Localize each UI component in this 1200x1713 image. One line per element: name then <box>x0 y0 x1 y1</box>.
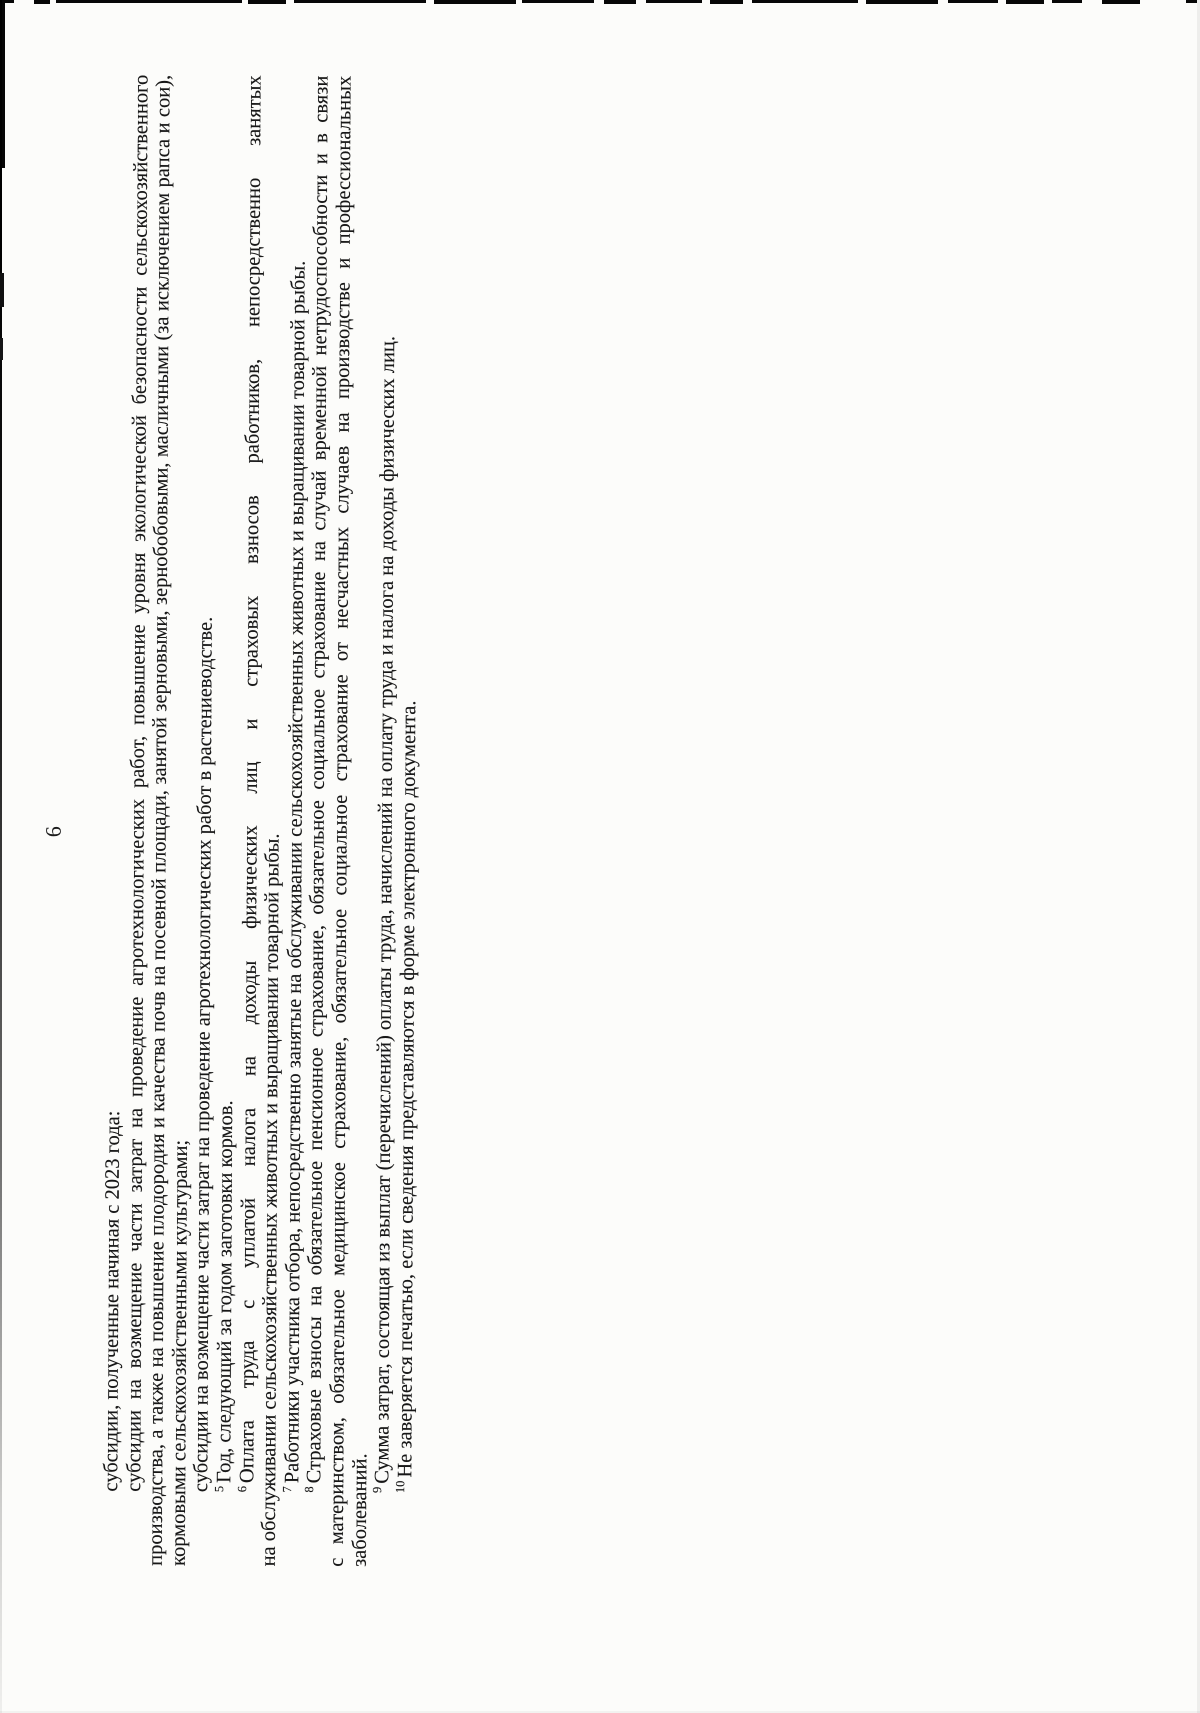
scanned-document-page: 6 субсидии, полученные начиная с 2023 го… <box>0 0 1200 1713</box>
footnote-marker: 8 <box>303 1486 317 1492</box>
scan-artifact-dash <box>604 0 636 4</box>
scan-artifact-dash <box>1006 0 1044 4</box>
scan-artifact-left-blip <box>0 338 3 360</box>
scan-artifact-dash <box>710 0 743 4</box>
scan-artifact-dash <box>646 0 702 3</box>
scan-artifact-dash <box>294 0 426 3</box>
page-number: 6 <box>41 826 67 837</box>
footnote-marker: 7 <box>280 1486 294 1492</box>
footnote-marker: 9 <box>370 1487 384 1493</box>
scan-artifact-dash <box>248 0 286 4</box>
scan-artifact-dash <box>434 0 516 4</box>
footnote-marker: 5 <box>212 1486 226 1492</box>
scan-artifact-dash <box>752 0 858 3</box>
scan-artifact-dash <box>1102 0 1140 4</box>
scan-artifact-dash <box>948 0 998 3</box>
rotated-page-content: 6 субсидии, полученные начиная с 2023 го… <box>0 0 1200 1713</box>
footnote-lines: субсидии, полученные начиная с 2023 года… <box>100 75 424 1568</box>
footnotes-text-block: субсидии, полученные начиная с 2023 года… <box>100 75 424 1568</box>
footnote-marker: 10 <box>393 1481 407 1494</box>
scan-artifact-dash <box>34 0 50 4</box>
scan-artifact-dash <box>866 0 938 4</box>
scan-artifact-dash <box>1186 0 1197 3</box>
scan-artifact-dash <box>56 0 242 3</box>
scan-artifact-dash <box>1052 0 1082 3</box>
footnote-marker: 6 <box>235 1486 249 1492</box>
scan-artifact-dash <box>522 0 594 3</box>
scan-artifact-left-blip <box>0 273 4 307</box>
scan-artifact-left-edge <box>0 0 2 1713</box>
